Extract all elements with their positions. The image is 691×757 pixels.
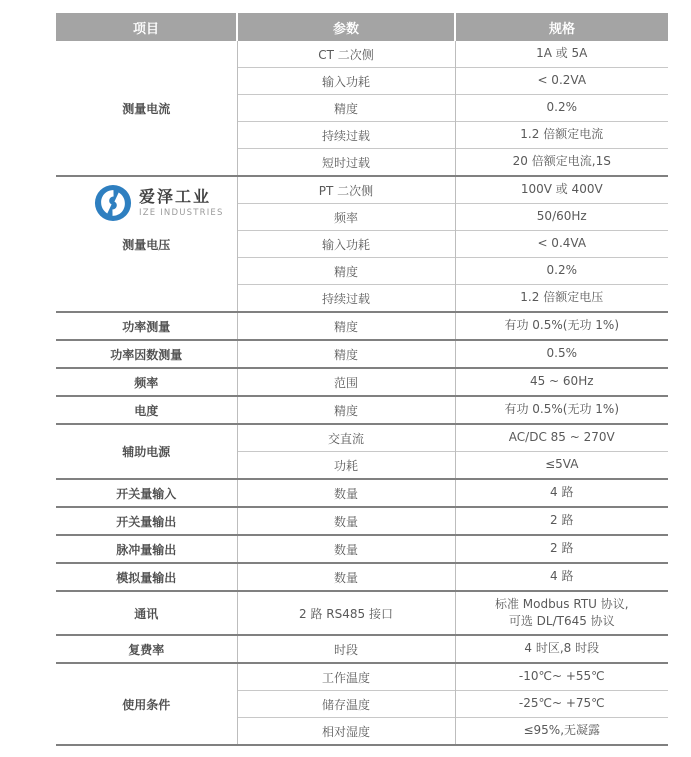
table-row: 辅助电源交直流AC/DC 85 ~ 270V — [56, 424, 668, 452]
param-cell: 数量 — [237, 507, 455, 535]
table-row: 功率测量精度有功 0.5%(无功 1%) — [56, 312, 668, 340]
param-cell: 相对湿度 — [237, 718, 455, 746]
param-cell: 精度 — [237, 340, 455, 368]
header-col-spec: 规格 — [455, 13, 668, 41]
spec-cell: < 0.4VA — [455, 231, 668, 258]
logo-text: 爱泽工业 IZE INDUSTRIES — [139, 188, 224, 218]
spec-cell: 1A 或 5A — [455, 41, 668, 68]
table-row: 电度精度有功 0.5%(无功 1%) — [56, 396, 668, 424]
param-cell: 功耗 — [237, 452, 455, 480]
spec-cell: 0.2% — [455, 258, 668, 285]
spec-cell: 50/60Hz — [455, 204, 668, 231]
item-cell: 使用条件 — [56, 663, 237, 745]
header-col-param: 参数 — [237, 13, 455, 41]
param-cell: 输入功耗 — [237, 68, 455, 95]
header-row: 项目 参数 规格 — [56, 13, 668, 41]
table-row: 脉冲量输出数量2 路 — [56, 535, 668, 563]
table-row: 模拟量输出数量4 路 — [56, 563, 668, 591]
item-cell: 测量电流 — [56, 41, 237, 176]
spec-table-body: 测量电流CT 二次侧1A 或 5A输入功耗< 0.2VA精度0.2%持续过载1.… — [56, 41, 668, 745]
param-cell: 数量 — [237, 535, 455, 563]
param-cell: PT 二次侧 — [237, 176, 455, 204]
item-cell: 复费率 — [56, 635, 237, 663]
param-cell: 2 路 RS485 接口 — [237, 591, 455, 635]
param-cell: 工作温度 — [237, 663, 455, 691]
spec-cell: 有功 0.5%(无功 1%) — [455, 396, 668, 424]
param-cell: 精度 — [237, 312, 455, 340]
table-row: 通讯2 路 RS485 接口标准 Modbus RTU 协议, 可选 DL/T6… — [56, 591, 668, 635]
param-cell: 数量 — [237, 563, 455, 591]
table-row: 开关量输出数量2 路 — [56, 507, 668, 535]
spec-sheet-page: 项目 参数 规格 测量电流CT 二次侧1A 或 5A输入功耗< 0.2VA精度0… — [0, 0, 691, 757]
param-cell: 数量 — [237, 479, 455, 507]
param-cell: 储存温度 — [237, 691, 455, 718]
spec-cell: 标准 Modbus RTU 协议, 可选 DL/T645 协议 — [455, 591, 668, 635]
spec-cell: 4 路 — [455, 479, 668, 507]
param-cell: 频率 — [237, 204, 455, 231]
item-cell: 开关量输出 — [56, 507, 237, 535]
spec-cell: 2 路 — [455, 507, 668, 535]
logo-title: 爱泽工业 — [139, 188, 224, 206]
item-cell: 功率因数测量 — [56, 340, 237, 368]
param-cell: 交直流 — [237, 424, 455, 452]
table-row: 测量电流CT 二次侧1A 或 5A — [56, 41, 668, 68]
spec-cell: ≤5VA — [455, 452, 668, 480]
item-cell: 开关量输入 — [56, 479, 237, 507]
item-cell: 辅助电源 — [56, 424, 237, 479]
spec-cell: 2 路 — [455, 535, 668, 563]
spec-cell: 45 ~ 60Hz — [455, 368, 668, 396]
spec-cell: ≤95%,无凝露 — [455, 718, 668, 746]
param-cell: 时段 — [237, 635, 455, 663]
param-cell: 短时过载 — [237, 149, 455, 177]
spec-cell: -25℃~ +75℃ — [455, 691, 668, 718]
spec-cell: -10℃~ +55℃ — [455, 663, 668, 691]
header-col-item: 项目 — [56, 13, 237, 41]
item-cell: 电度 — [56, 396, 237, 424]
spec-cell: 1.2 倍额定电压 — [455, 285, 668, 313]
param-cell: 输入功耗 — [237, 231, 455, 258]
param-cell: 持续过载 — [237, 122, 455, 149]
item-cell: 脉冲量输出 — [56, 535, 237, 563]
spec-cell: 有功 0.5%(无功 1%) — [455, 312, 668, 340]
logo-subtitle: IZE INDUSTRIES — [139, 208, 224, 218]
table-row: 复费率时段4 时区,8 时段 — [56, 635, 668, 663]
spec-cell: 1.2 倍额定电流 — [455, 122, 668, 149]
spec-cell: < 0.2VA — [455, 68, 668, 95]
param-cell: CT 二次侧 — [237, 41, 455, 68]
ize-swirl-logo-icon — [94, 184, 132, 222]
param-cell: 持续过载 — [237, 285, 455, 313]
company-logo: 爱泽工业 IZE INDUSTRIES — [92, 183, 226, 223]
spec-cell: AC/DC 85 ~ 270V — [455, 424, 668, 452]
spec-cell: 0.2% — [455, 95, 668, 122]
param-cell: 范围 — [237, 368, 455, 396]
item-cell: 模拟量输出 — [56, 563, 237, 591]
table-row: 频率范围45 ~ 60Hz — [56, 368, 668, 396]
table-row: 功率因数测量精度0.5% — [56, 340, 668, 368]
item-cell: 频率 — [56, 368, 237, 396]
spec-table: 项目 参数 规格 测量电流CT 二次侧1A 或 5A输入功耗< 0.2VA精度0… — [56, 13, 668, 746]
spec-table-header: 项目 参数 规格 — [56, 13, 668, 41]
table-row: 使用条件工作温度-10℃~ +55℃ — [56, 663, 668, 691]
item-cell: 通讯 — [56, 591, 237, 635]
param-cell: 精度 — [237, 396, 455, 424]
spec-cell: 20 倍额定电流,1S — [455, 149, 668, 177]
param-cell: 精度 — [237, 95, 455, 122]
spec-cell: 4 路 — [455, 563, 668, 591]
spec-cell: 100V 或 400V — [455, 176, 668, 204]
param-cell: 精度 — [237, 258, 455, 285]
table-row: 开关量输入数量4 路 — [56, 479, 668, 507]
spec-cell: 0.5% — [455, 340, 668, 368]
spec-cell: 4 时区,8 时段 — [455, 635, 668, 663]
item-cell: 功率测量 — [56, 312, 237, 340]
